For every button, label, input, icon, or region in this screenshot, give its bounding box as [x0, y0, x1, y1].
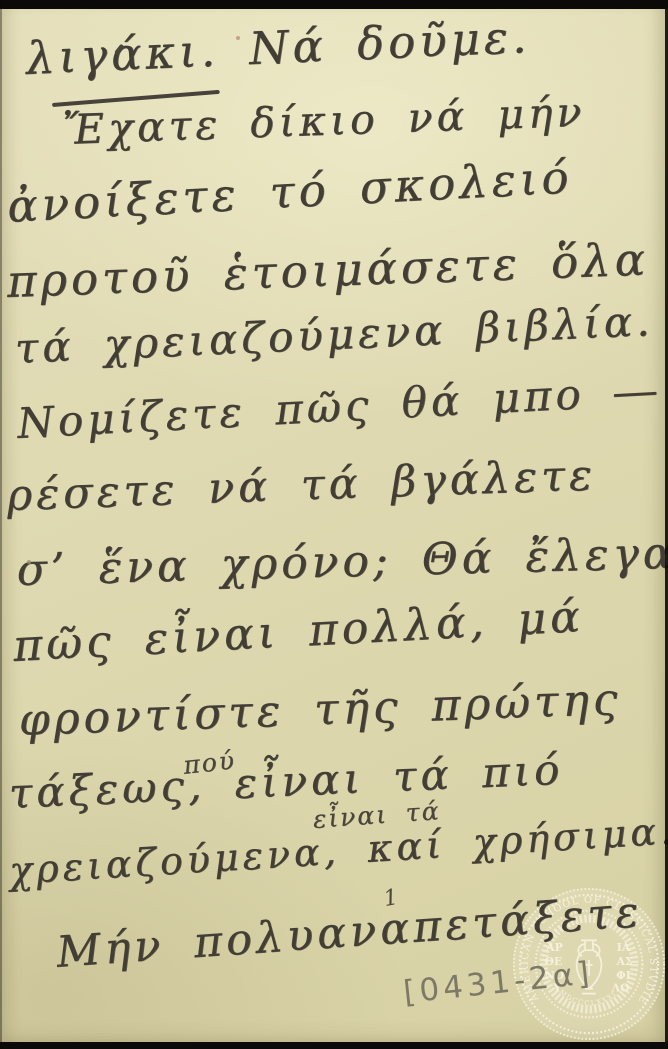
- handwritten-line: τά χρειαζούμενα βιβλία.: [14, 300, 654, 370]
- handwritten-line: τάξεως, εἶναι τά πιό: [8, 749, 564, 815]
- svg-text:ΙΑ: ΙΑ: [617, 941, 631, 954]
- scan-edge-left: [0, 0, 2, 1049]
- handwritten-line: φροντίστε τῆς πρώτης: [18, 678, 622, 743]
- handwritten-line: Νομίζετε πῶς θά μπο ―: [16, 369, 661, 445]
- handwritten-line: ρέσετε νά τά βγάλετε: [6, 454, 597, 518]
- handwritten-line: προτοῦ ἑτοιμάσετε ὅλα: [6, 237, 650, 304]
- svg-text:ΦΙ: ΦΙ: [616, 969, 631, 982]
- paper-blemish: [236, 36, 240, 40]
- interlinear-insertion: πού: [182, 747, 237, 777]
- scan-edge-bottom: [0, 1042, 668, 1049]
- svg-text:ΑΣ: ΑΣ: [615, 955, 632, 968]
- handwritten-line: σ’ ἕνα χρόνο; Θά ἔλεγα: [16, 532, 668, 593]
- paper-blemish: [27, 560, 31, 564]
- handwritten-line: Ἔχατε δίκιο νά μήν: [62, 92, 586, 151]
- scan-edge-top: [0, 0, 668, 9]
- svg-text:ΛΟ: ΛΟ: [611, 982, 630, 995]
- handwritten-line: ἀνοίξετε τό σκολειό: [6, 154, 573, 229]
- scanned-handwritten-letter-page: AMERICAN SCHOOL OF CLASSICAL STVDIES AT …: [0, 0, 668, 1049]
- handwritten-line: λιγάκι. Νά δοῦμε.: [25, 14, 531, 81]
- handwritten-line: πῶς εἶναι πολλά, μά: [12, 595, 585, 669]
